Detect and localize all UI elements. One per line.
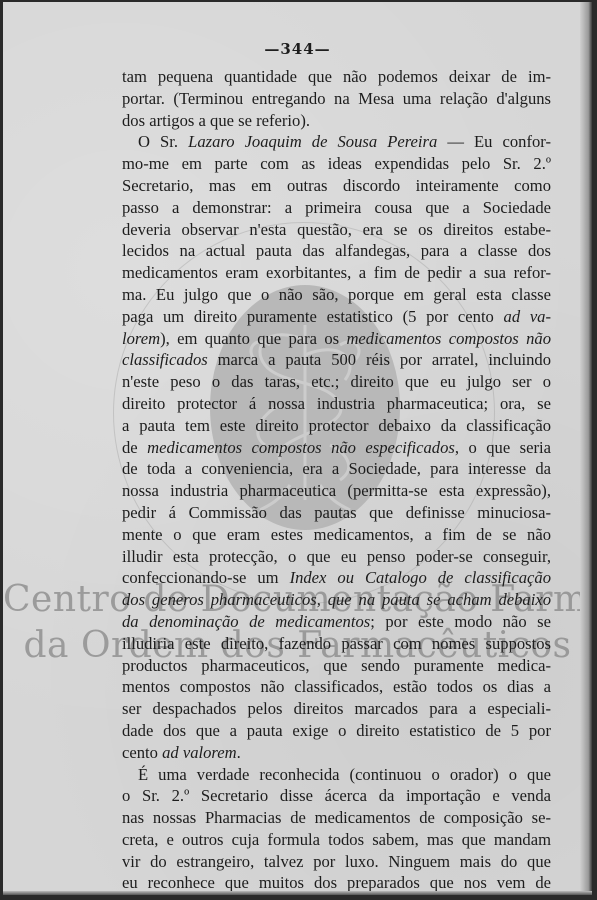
text-segment: a pauta tem este direito protector debai… (122, 416, 551, 435)
text-line: dos generos pharmaceuticos, que na pauta… (122, 589, 551, 611)
text-segment: passo a demonstrar: a primeira cousa que… (122, 198, 551, 217)
text-segment: cento (122, 743, 162, 762)
text-line: portar. (Terminou entregando na Mesa uma… (122, 88, 551, 110)
text-line: paga um direito puramente estatistico (5… (122, 306, 551, 328)
text-line: nossa industria pharmaceutica (permitta-… (122, 480, 551, 502)
italic-text: Lazaro Joaquim de Sousa Pereira (188, 132, 437, 151)
text-segment: É uma verdade reconhecida (continuou o o… (138, 765, 551, 784)
text-segment: . (237, 743, 241, 762)
text-line: tam pequena quantidade que não podemos d… (122, 66, 551, 88)
text-segment: paga um direito puramente estatistico (5… (122, 307, 504, 326)
text-segment: vir do estrangeiro, talvez por luxo. Nin… (122, 852, 551, 871)
text-line: mo-me em parte com as ideas expendidas p… (122, 153, 551, 175)
text-line: de toda a conveniencia, era a Sociedade,… (122, 458, 551, 480)
text-segment: eu reconhece que muitos dos preparados q… (122, 873, 551, 892)
text-segment: mo-me em parte com as ideas expendidas p… (122, 154, 551, 173)
text-line: pedir á Commissão das pautas que definis… (122, 502, 551, 524)
text-segment: pedir á Commissão das pautas que definis… (122, 503, 551, 522)
text-line: passo a demonstrar: a primeira cousa que… (122, 197, 551, 219)
text-segment: , o que seria (455, 438, 551, 457)
italic-text: Index ou Catalogo de classificação (290, 568, 551, 587)
text-line: nas nossas Pharmacias de medicamentos de… (122, 807, 551, 829)
text-segment: mentos compostos não classificados, estã… (122, 677, 551, 696)
text-line: o Sr. 2.º Secretario disse ácerca da imp… (122, 785, 551, 807)
text-segment: illudiria este direito, fazendo passar c… (122, 634, 551, 653)
text-line: classificados marca a pauta 500 réis por… (122, 349, 551, 371)
text-line: ser despachados pelos direitos marcados … (122, 698, 551, 720)
italic-text: classificados (122, 350, 208, 369)
text-line: mente o que eram estes medicamentos, a f… (122, 524, 551, 546)
text-segment: creta, e outros cuja formula todos sabem… (122, 830, 551, 849)
italic-text: da denominação de medicamentos (122, 612, 370, 631)
text-segment: medicamentos eram exorbitantes, a fim de… (122, 263, 551, 282)
text-segment: mente o que eram estes medicamentos, a f… (122, 525, 551, 544)
text-line: illudiria este direito, fazendo passar c… (122, 633, 551, 655)
text-segment: — Eu confor- (437, 132, 551, 151)
page-number-header: —344— (3, 40, 592, 58)
text-segment: illudir esta protecção, o que eu penso p… (122, 547, 551, 566)
text-line: productos pharmaceuticos, que sendo pura… (122, 655, 551, 677)
text-segment: ser despachados pelos direitos marcados … (122, 699, 551, 718)
text-segment: ma. Eu julgo que o não são, porque em ge… (122, 285, 551, 304)
text-line: direito protector á nossa industria phar… (122, 393, 551, 415)
text-segment: deveria observar n'esta questão, era se … (122, 220, 551, 239)
text-segment: O Sr. (138, 132, 188, 151)
text-line: medicamentos eram exorbitantes, a fim de… (122, 262, 551, 284)
text-line: confeccionando-se um Index ou Catalogo d… (122, 567, 551, 589)
page-edge-shadow (580, 2, 592, 895)
italic-text: ad va- (504, 307, 551, 326)
text-line: É uma verdade reconhecida (continuou o o… (122, 764, 551, 786)
text-line: dos artigos a que se referio). (122, 110, 551, 132)
text-line: illudir esta protecção, o que eu penso p… (122, 546, 551, 568)
text-line: creta, e outros cuja formula todos sabem… (122, 829, 551, 851)
text-segment: confeccionando-se um (122, 568, 290, 587)
text-line: de medicamentos compostos não especifica… (122, 437, 551, 459)
text-segment: direito protector á nossa industria phar… (122, 394, 551, 413)
text-segment: productos pharmaceuticos, que sendo pura… (122, 656, 551, 675)
text-segment: marca a pauta 500 réis por arratel, incl… (208, 350, 551, 369)
text-segment: dade dos que a pauta exige o direito est… (122, 721, 551, 740)
text-line: lorem), em quanto que para os medicament… (122, 328, 551, 350)
text-line: n'este peso o das taras, etc.; direito q… (122, 371, 551, 393)
text-line: vir do estrangeiro, talvez por luxo. Nin… (122, 851, 551, 873)
text-segment: nas nossas Pharmacias de medicamentos de… (122, 808, 551, 827)
text-segment: ; por este modo não se (370, 612, 551, 631)
body-text: tam pequena quantidade que não podemos d… (122, 66, 551, 894)
text-segment: de toda a conveniencia, era a Sociedade,… (122, 459, 551, 478)
text-line: dade dos que a pauta exige o direito est… (122, 720, 551, 742)
italic-text: lorem (122, 329, 160, 348)
text-segment: nossa industria pharmaceutica (permitta-… (122, 481, 551, 500)
text-segment: portar. (Terminou entregando na Mesa uma… (122, 89, 551, 108)
text-segment: tam pequena quantidade que não podemos d… (122, 67, 551, 86)
page-bottom-edge (3, 891, 592, 895)
italic-text: medicamentos compostos não especificados (147, 438, 455, 457)
text-segment: o Sr. 2.º Secretario disse ácerca da imp… (122, 786, 551, 805)
scanned-page: Centro de Documentação Farmacêutica da O… (3, 2, 592, 895)
text-segment: de (122, 438, 147, 457)
text-line: Secretario, mas em outras discordo intei… (122, 175, 551, 197)
text-line: mentos compostos não classificados, estã… (122, 676, 551, 698)
text-segment: n'este peso o das taras, etc.; direito q… (122, 372, 551, 391)
text-line: cento ad valorem. (122, 742, 551, 764)
text-segment: lecidos na actual pauta das alfandegas, … (122, 241, 551, 260)
text-line: da denominação de medicamentos; por este… (122, 611, 551, 633)
italic-text: ad valorem (162, 743, 237, 762)
text-line: a pauta tem este direito protector debai… (122, 415, 551, 437)
text-segment: Secretario, mas em outras discordo intei… (122, 176, 551, 195)
text-line: ma. Eu julgo que o não são, porque em ge… (122, 284, 551, 306)
text-segment: ), em quanto que para os (160, 329, 346, 348)
text-line: O Sr. Lazaro Joaquim de Sousa Pereira — … (122, 131, 551, 153)
text-segment: dos artigos a que se referio). (122, 111, 310, 130)
italic-text: medicamentos compostos não (346, 329, 551, 348)
text-line: deveria observar n'esta questão, era se … (122, 219, 551, 241)
text-line: lecidos na actual pauta das alfandegas, … (122, 240, 551, 262)
italic-text: dos generos pharmaceuticos, que na pauta… (122, 590, 551, 609)
